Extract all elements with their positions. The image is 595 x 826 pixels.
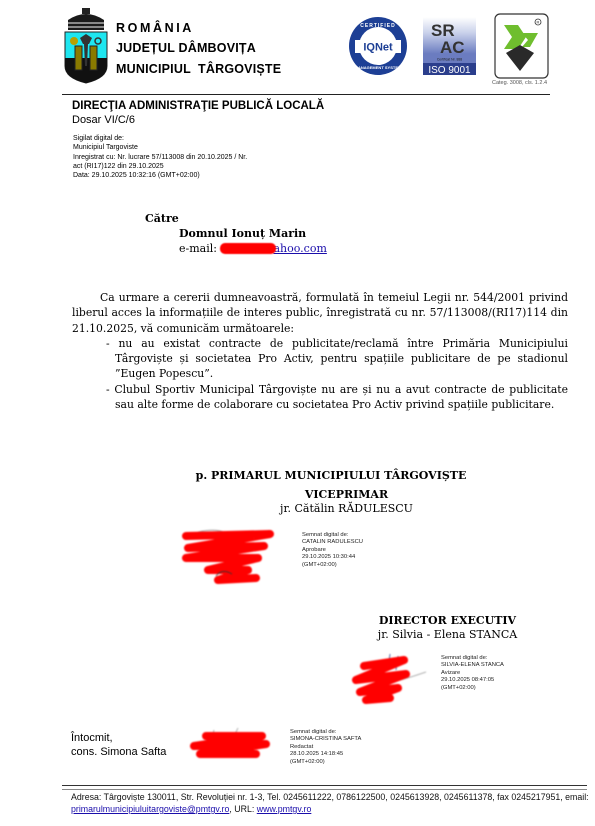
header-divider xyxy=(62,94,550,95)
dsig-line: Semnat digital de: xyxy=(302,532,363,539)
department-title: DIRECŢIA ADMINISTRAŢIE PUBLICĂ LOCALĂ xyxy=(72,100,324,112)
footer-divider xyxy=(62,785,587,790)
dsig-line: (GMT+02:00) xyxy=(302,562,363,569)
dsig-line: Redactat xyxy=(290,744,361,751)
seal-line: Sigilat digital de: xyxy=(73,134,247,143)
footer-email-link[interactable]: primarulmunicipiuluitargoviste@pmtgv.ro xyxy=(71,804,229,814)
dsig-line: 29.10.2025 08:47:05 xyxy=(441,677,504,684)
answer-item: - nu au existat contracte de publicitate… xyxy=(101,336,568,382)
mayor-line: p. PRIMARUL MUNICIPIULUI TÂRGOVIȘTE xyxy=(0,469,595,482)
drafted-by-block: Întocmit, cons. Simona Safta xyxy=(71,731,166,759)
recipient-email-link[interactable]: ahoo.com xyxy=(220,242,326,255)
email-label: e-mail: xyxy=(179,242,220,255)
drafted-digital-signature: Semnat digital de: SIMONA-CRISTINA SAFTA… xyxy=(290,729,361,766)
director-title: DIRECTOR EXECUTIV xyxy=(0,614,595,627)
seal-line: Municipiul Targoviste xyxy=(73,143,247,152)
dsig-line: Aprobare xyxy=(302,547,363,554)
dsig-line: SIMONA-CRISTINA SAFTA xyxy=(290,736,361,743)
header-county: JUDEȚUL DÂMBOVIȚA xyxy=(116,41,256,55)
dsig-line: Avizare xyxy=(441,670,504,677)
drafted-signature-redaction xyxy=(186,728,272,762)
footer-contact: Adresa: Târgoviște 130011, Str. Revoluți… xyxy=(71,791,591,815)
x-mark-logo: R xyxy=(494,13,549,79)
dsig-line: SILVIA-ELENA STANCA xyxy=(441,662,504,669)
svg-text:ISO 9001: ISO 9001 xyxy=(428,65,471,75)
seal-line: act (RI17)122 din 29.10.2025 xyxy=(73,162,247,171)
seal-line: Inregistrat cu: Nr. lucrare 57/113008 di… xyxy=(73,153,247,162)
drafted-name: cons. Simona Safta xyxy=(71,745,166,759)
drafted-label: Întocmit, xyxy=(71,731,166,745)
letter-body: Ca urmare a cererii dumneavoastră, formu… xyxy=(72,290,568,412)
director-digital-signature: Semnat digital de: SILVIA-ELENA STANCA A… xyxy=(441,655,504,692)
dsig-line: (GMT+02:00) xyxy=(441,685,504,692)
to-label: Către xyxy=(145,212,179,225)
x-mark-caption: Categ. 3008, cls. 1.2.4 xyxy=(492,80,547,86)
footer-address: Adresa: Târgoviște 130011, Str. Revoluți… xyxy=(71,792,589,802)
vice-digital-signature: Semnat digital de: CATALIN RADULESCU Apr… xyxy=(302,532,363,569)
recipient-name: Domnul Ionuț Marin xyxy=(179,227,306,240)
director-signature-redaction xyxy=(348,652,428,704)
srac-iso9001-logo: SR AC Certificat Nr. 888 ISO 9001 xyxy=(423,17,476,75)
email-visible-suffix: ahoo.com xyxy=(273,242,326,255)
svg-text:IQNet: IQNet xyxy=(363,42,393,54)
dsig-line: 29.10.2025 10:30:44 xyxy=(302,554,363,561)
email-redaction xyxy=(220,243,276,254)
dsig-line: CATALIN RADULESCU xyxy=(302,539,363,546)
recipient-email-line: e-mail: ahoo.com xyxy=(179,242,327,255)
header-municipality: MUNICIPIUL TÂRGOVIȘTE xyxy=(116,62,281,76)
dsig-line: Semnat digital de: xyxy=(290,729,361,736)
digital-seal-block: Sigilat digital de: Municipiul Targovist… xyxy=(73,134,247,180)
answer-list: - nu au existat contracte de publicitate… xyxy=(72,336,568,412)
svg-text:MANAGEMENT SYSTEM: MANAGEMENT SYSTEM xyxy=(355,65,402,70)
svg-text:CERTIFIED: CERTIFIED xyxy=(360,23,395,29)
svg-text:Certificat Nr. 888: Certificat Nr. 888 xyxy=(437,58,462,62)
dsig-line: Semnat digital de: xyxy=(441,655,504,662)
seal-line: Data: 29.10.2025 10:32:16 (GMT+02:00) xyxy=(73,171,247,180)
svg-text:AC: AC xyxy=(440,38,465,57)
answer-item: - Clubul Sportiv Municipal Târgoviște nu… xyxy=(101,382,568,413)
file-number: Dosar VI/C/6 xyxy=(72,114,135,126)
director-name: jr. Silvia - Elena STANCA xyxy=(0,628,595,641)
vice-mayor-name: jr. Cătălin RĂDULESCU xyxy=(0,502,595,515)
dsig-line: (GMT+02:00) xyxy=(290,759,361,766)
footer-url-link[interactable]: www.pmtgv.ro xyxy=(257,804,312,814)
intro-paragraph: Ca urmare a cererii dumneavoastră, formu… xyxy=(72,290,568,336)
dsig-line: 28.10.2025 14:18:45 xyxy=(290,751,361,758)
header-country: ROMÂNIA xyxy=(116,21,194,35)
footer-url-label: , URL: xyxy=(229,804,256,814)
svg-text:R: R xyxy=(537,20,540,25)
vice-signature-redaction xyxy=(178,528,278,584)
coat-of-arms-logo xyxy=(62,8,110,84)
iqnet-certification-logo: IQNet CERTIFIED MANAGEMENT SYSTEM xyxy=(347,15,409,77)
vice-mayor-title: VICEPRIMAR xyxy=(0,488,595,501)
